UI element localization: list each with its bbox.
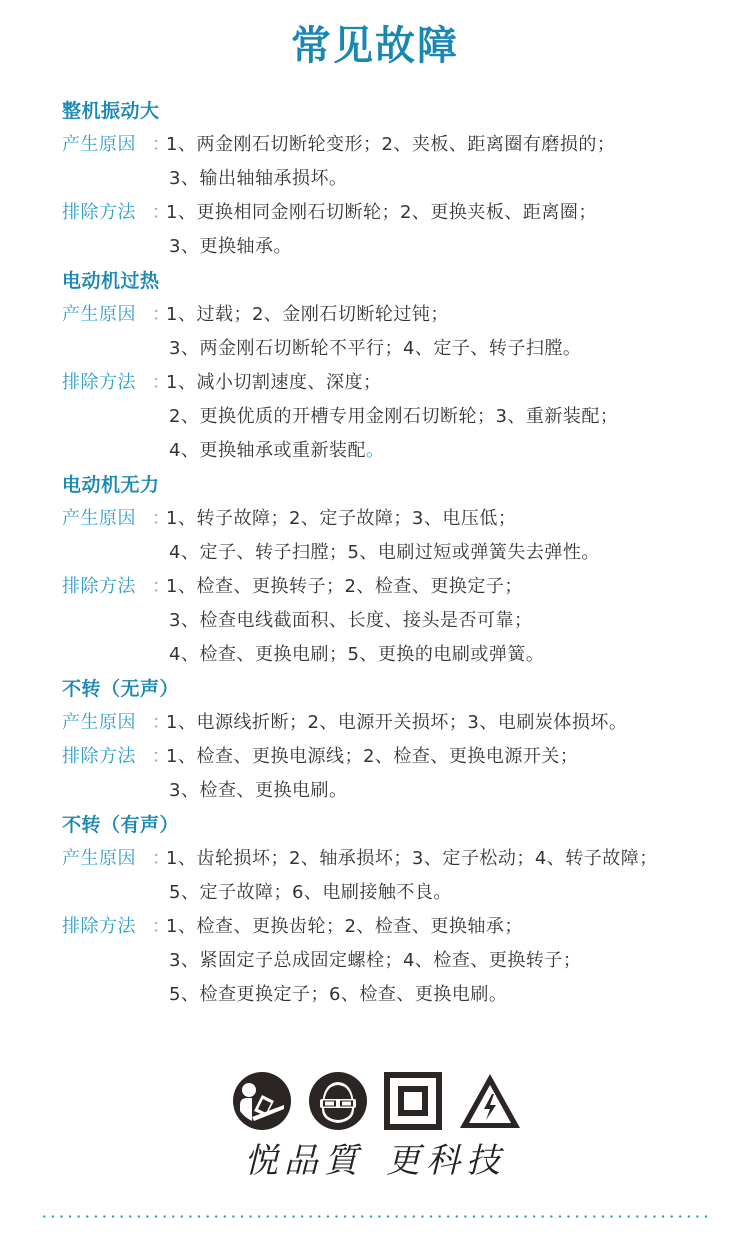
slogan: 悦品質更科技 bbox=[0, 1133, 750, 1182]
fix-row-continued: 2、更换优质的开槽专用金刚石切断轮；3、重新装配； bbox=[62, 400, 722, 434]
fix-text: 4、检查、更换电刷；5、更换的电刷或弹簧。 bbox=[166, 638, 544, 672]
blue-period: 。 bbox=[366, 440, 385, 461]
cause-label: 产生原因 bbox=[62, 502, 152, 536]
section-heading: 不转（有声） bbox=[62, 808, 722, 842]
cause-text: 3、两金刚石切断轮不平行；4、定子、转子扫膛。 bbox=[166, 332, 581, 366]
double-insulation-icon bbox=[384, 1072, 442, 1130]
colon: ： bbox=[152, 842, 166, 876]
cause-row: 产生原因 ： 1、过载；2、金刚石切断轮过钝； bbox=[62, 298, 722, 332]
page-title: 常见故障 bbox=[0, 20, 750, 72]
cause-text: 1、齿轮损坏；2、轴承损坏；3、定子松动；4、转子故障； bbox=[166, 842, 658, 876]
colon: ： bbox=[152, 502, 166, 536]
slogan-left: 悦品質 bbox=[244, 1133, 364, 1182]
fix-row: 排除方法 ： 1、检查、更换齿轮；2、检查、更换轴承； bbox=[62, 910, 722, 944]
fix-row-continued: 3、紧固定子总成固定螺栓；4、检查、更换转子； bbox=[62, 944, 722, 978]
fix-row: 排除方法 ： 1、检查、更换转子；2、检查、更换定子； bbox=[62, 570, 722, 604]
fix-row: 排除方法 ： 1、减小切割速度、深度； bbox=[62, 366, 722, 400]
fault-section: 不转（无声） 产生原因 ： 1、电源线折断；2、电源开关损坏；3、电刷炭体损坏。… bbox=[62, 672, 722, 808]
fix-text: 1、检查、更换齿轮；2、检查、更换轴承； bbox=[166, 910, 523, 944]
dotted-divider bbox=[40, 1215, 712, 1218]
safety-icons bbox=[232, 1070, 522, 1132]
cause-text: 4、定子、转子扫膛；5、电刷过短或弹簧失去弹性。 bbox=[166, 536, 600, 570]
colon: ： bbox=[152, 366, 166, 400]
fix-row-continued: 3、更换轴承。 bbox=[62, 230, 722, 264]
cause-text: 1、转子故障；2、定子故障；3、电压低； bbox=[166, 502, 516, 536]
fix-text: 5、检查更换定子；6、检查、更换电刷。 bbox=[166, 978, 507, 1012]
cause-row: 产生原因 ： 1、转子故障；2、定子故障；3、电压低； bbox=[62, 502, 722, 536]
fix-row-continued: 3、检查电线截面积、长度、接头是否可靠； bbox=[62, 604, 722, 638]
fix-text: 1、检查、更换转子；2、检查、更换定子； bbox=[166, 570, 523, 604]
cause-row-continued: 3、两金刚石切断轮不平行；4、定子、转子扫膛。 bbox=[62, 332, 722, 366]
cause-text: 5、定子故障；6、电刷接触不良。 bbox=[166, 876, 452, 910]
section-heading: 不转（无声） bbox=[62, 672, 722, 706]
cause-text: 3、输出轴轴承损坏。 bbox=[166, 162, 347, 196]
fix-text: 4、更换轴承或重新装配 bbox=[169, 440, 366, 461]
fix-row: 排除方法 ： 1、检查、更换电源线；2、检查、更换电源开关； bbox=[62, 740, 722, 774]
cause-label: 产生原因 bbox=[62, 842, 152, 876]
colon: ： bbox=[152, 706, 166, 740]
fix-text: 3、紧固定子总成固定螺栓；4、检查、更换转子； bbox=[166, 944, 581, 978]
colon: ： bbox=[152, 196, 166, 230]
cause-label: 产生原因 bbox=[62, 128, 152, 162]
fix-text: 1、检查、更换电源线；2、检查、更换电源开关； bbox=[166, 740, 578, 774]
section-heading: 整机振动大 bbox=[62, 94, 722, 128]
fix-text: 2、更换优质的开槽专用金刚石切断轮；3、重新装配； bbox=[166, 400, 618, 434]
section-heading: 电动机过热 bbox=[62, 264, 722, 298]
colon: ： bbox=[152, 740, 166, 774]
fix-row-continued: 5、检查更换定子；6、检查、更换电刷。 bbox=[62, 978, 722, 1012]
fix-row: 排除方法 ： 1、更换相同金刚石切断轮；2、更换夹板、距离圈； bbox=[62, 196, 722, 230]
fix-text: 3、检查电线截面积、长度、接头是否可靠； bbox=[166, 604, 532, 638]
cause-label: 产生原因 bbox=[62, 706, 152, 740]
fix-label: 排除方法 bbox=[62, 570, 152, 604]
colon: ： bbox=[152, 128, 166, 162]
cause-label: 产生原因 bbox=[62, 298, 152, 332]
fix-label: 排除方法 bbox=[62, 910, 152, 944]
fix-text: 3、更换轴承。 bbox=[166, 230, 292, 264]
fault-section: 电动机无力 产生原因 ： 1、转子故障；2、定子故障；3、电压低； 4、定子、转… bbox=[62, 468, 722, 672]
cause-text: 1、过载；2、金刚石切断轮过钝； bbox=[166, 298, 449, 332]
fix-label: 排除方法 bbox=[62, 366, 152, 400]
cause-text: 1、两金刚石切断轮变形；2、夹板、距离圈有磨损的； bbox=[166, 128, 615, 162]
fault-section: 电动机过热 产生原因 ： 1、过载；2、金刚石切断轮过钝； 3、两金刚石切断轮不… bbox=[62, 264, 722, 468]
cause-row: 产生原因 ： 1、齿轮损坏；2、轴承损坏；3、定子松动；4、转子故障； bbox=[62, 842, 722, 876]
fix-text: 3、检查、更换电刷。 bbox=[166, 774, 347, 808]
fix-label: 排除方法 bbox=[62, 196, 152, 230]
fix-row-continued: 4、检查、更换电刷；5、更换的电刷或弹簧。 bbox=[62, 638, 722, 672]
fix-label: 排除方法 bbox=[62, 740, 152, 774]
wear-eye-protection-icon bbox=[308, 1071, 368, 1131]
fault-section: 整机振动大 产生原因 ： 1、两金刚石切断轮变形；2、夹板、距离圈有磨损的； 3… bbox=[62, 94, 722, 264]
colon: ： bbox=[152, 298, 166, 332]
cause-row-continued: 4、定子、转子扫膛；5、电刷过短或弹簧失去弹性。 bbox=[62, 536, 722, 570]
read-manual-icon bbox=[232, 1071, 292, 1131]
fix-row-continued: 4、更换轴承或重新装配。 bbox=[62, 434, 722, 468]
fix-row-continued: 3、检查、更换电刷。 bbox=[62, 774, 722, 808]
cause-row: 产生原因 ： 1、电源线折断；2、电源开关损坏；3、电刷炭体损坏。 bbox=[62, 706, 722, 740]
colon: ： bbox=[152, 910, 166, 944]
cause-row-continued: 3、输出轴轴承损坏。 bbox=[62, 162, 722, 196]
slogan-right: 更科技 bbox=[386, 1133, 506, 1182]
fix-text: 1、更换相同金刚石切断轮；2、更换夹板、距离圈； bbox=[166, 196, 597, 230]
fix-text: 1、减小切割速度、深度； bbox=[166, 366, 381, 400]
electric-hazard-icon bbox=[458, 1072, 522, 1130]
cause-row: 产生原因 ： 1、两金刚石切断轮变形；2、夹板、距离圈有磨损的； bbox=[62, 128, 722, 162]
fault-list: 整机振动大 产生原因 ： 1、两金刚石切断轮变形；2、夹板、距离圈有磨损的； 3… bbox=[62, 94, 722, 1012]
fault-section: 不转（有声） 产生原因 ： 1、齿轮损坏；2、轴承损坏；3、定子松动；4、转子故… bbox=[62, 808, 722, 1012]
cause-text: 1、电源线折断；2、电源开关损坏；3、电刷炭体损坏。 bbox=[166, 706, 627, 740]
colon: ： bbox=[152, 570, 166, 604]
cause-row-continued: 5、定子故障；6、电刷接触不良。 bbox=[62, 876, 722, 910]
section-heading: 电动机无力 bbox=[62, 468, 722, 502]
